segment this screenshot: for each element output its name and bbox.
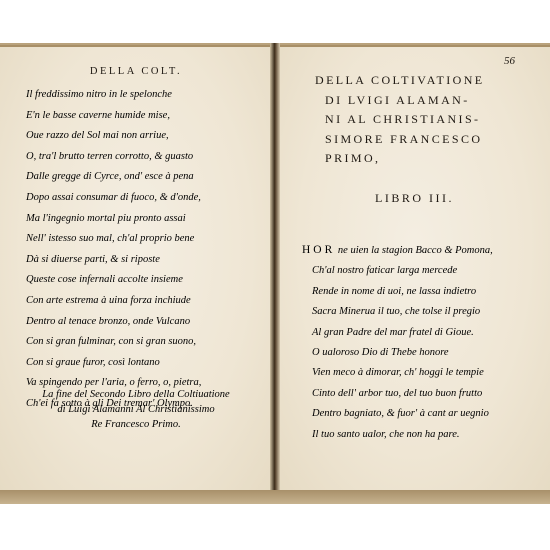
verse-line: Dà si diuerse parti, & si riposte xyxy=(26,250,256,271)
verse-line: Rende in nome di uoi, ne lassa indietro xyxy=(302,282,532,302)
title-line: PRIMO, xyxy=(315,149,525,169)
verse-line: Ma l'ingegnio mortal piu pronto assai xyxy=(26,209,256,230)
colophon-line: La fine del Secondo Libro della Coltiuat… xyxy=(0,387,272,402)
right-page: 56 DELLA COLTIVATIONE DI LVIGI ALAMAN- N… xyxy=(279,45,550,492)
verse-line: Con si graue furor, così lontano xyxy=(26,353,256,374)
title-line: DI LVIGI ALAMAN- xyxy=(315,91,525,111)
verse-line: Dopo assai consumar di fuoco, & d'onde, xyxy=(26,188,256,209)
verse-line: Ch'al nostro faticar larga mercede xyxy=(302,261,532,281)
verse-line: O ualoroso Dio di Thebe honore xyxy=(302,343,532,363)
first-line-rest: ne uien la stagion Bacco & Pomona, xyxy=(335,245,492,256)
verse-line: Oue razzo del Sol mai non arriue, xyxy=(26,126,256,147)
colophon: La fine del Secondo Libro della Coltiuat… xyxy=(0,387,272,432)
verse-line: E'n le basse caverne humide mise, xyxy=(26,106,256,127)
verse-line: Cinto dell' arbor tuo, del tuo buon frut… xyxy=(302,384,532,404)
page-number: 56 xyxy=(504,55,515,67)
verse-line: Queste cose infernali accolte insieme xyxy=(26,270,256,291)
book-gutter xyxy=(270,43,280,498)
verse-line: O, tra'l brutto terren corrotto, & guast… xyxy=(26,147,256,168)
verse-line: Sacra Mineruа il tuo, che tolse il pregi… xyxy=(302,302,532,322)
running-head: DELLA COLT. xyxy=(0,66,272,77)
title-line: SIMORE FRANCESCO xyxy=(315,130,525,150)
verse-line: Dalle gregge di Cyrce, ond' esce à pena xyxy=(26,167,256,188)
left-page: DELLA COLT. Il freddissimo nitro in le s… xyxy=(0,45,272,492)
open-book: DELLA COLT. Il freddissimo nitro in le s… xyxy=(0,43,550,504)
initial-word: HOR xyxy=(302,244,335,256)
right-verse: HOR ne uien la stagion Bacco & Pomona, C… xyxy=(302,240,532,445)
book-title: DELLA COLTIVATIONE DI LVIGI ALAMAN- NI A… xyxy=(315,71,525,169)
book-cover-edge xyxy=(0,490,550,504)
colophon-line: Re Francesco Primo. xyxy=(0,417,272,432)
verse-line: Con si gran fulminar, con si gran suono, xyxy=(26,332,256,353)
verse-line: Dentro al tenace bronzo, onde Vulcano xyxy=(26,312,256,333)
verse-line: Con arte estrema à uina forza inchiude xyxy=(26,291,256,312)
verse-line: Vien meco à dimorar, ch' hoggi le tempie xyxy=(302,363,532,383)
title-line: NI AL CHRISTIANIS- xyxy=(315,110,525,130)
verse-line: Dentro bagniato, & fuor' à cant ar uegni… xyxy=(302,404,532,424)
book-heading: LIBRO III. xyxy=(279,191,550,206)
title-line: DELLA COLTIVATIONE xyxy=(315,71,525,91)
colophon-line: di Luigi Alamanni Al Christianissimo xyxy=(0,402,272,417)
verse-line-first: HOR ne uien la stagion Bacco & Pomona, xyxy=(302,240,532,261)
left-verse: Il freddissimo nitro in le spelonche E'n… xyxy=(26,85,256,415)
verse-line: Nell' istesso suo mal, ch'al proprio ben… xyxy=(26,229,256,250)
verse-line: Il tuo santo ualor, che non ha pare. xyxy=(302,425,532,445)
verse-line: Al gran Padre del mar fratel di Gioue. xyxy=(302,323,532,343)
verse-line: Il freddissimo nitro in le spelonche xyxy=(26,85,256,106)
